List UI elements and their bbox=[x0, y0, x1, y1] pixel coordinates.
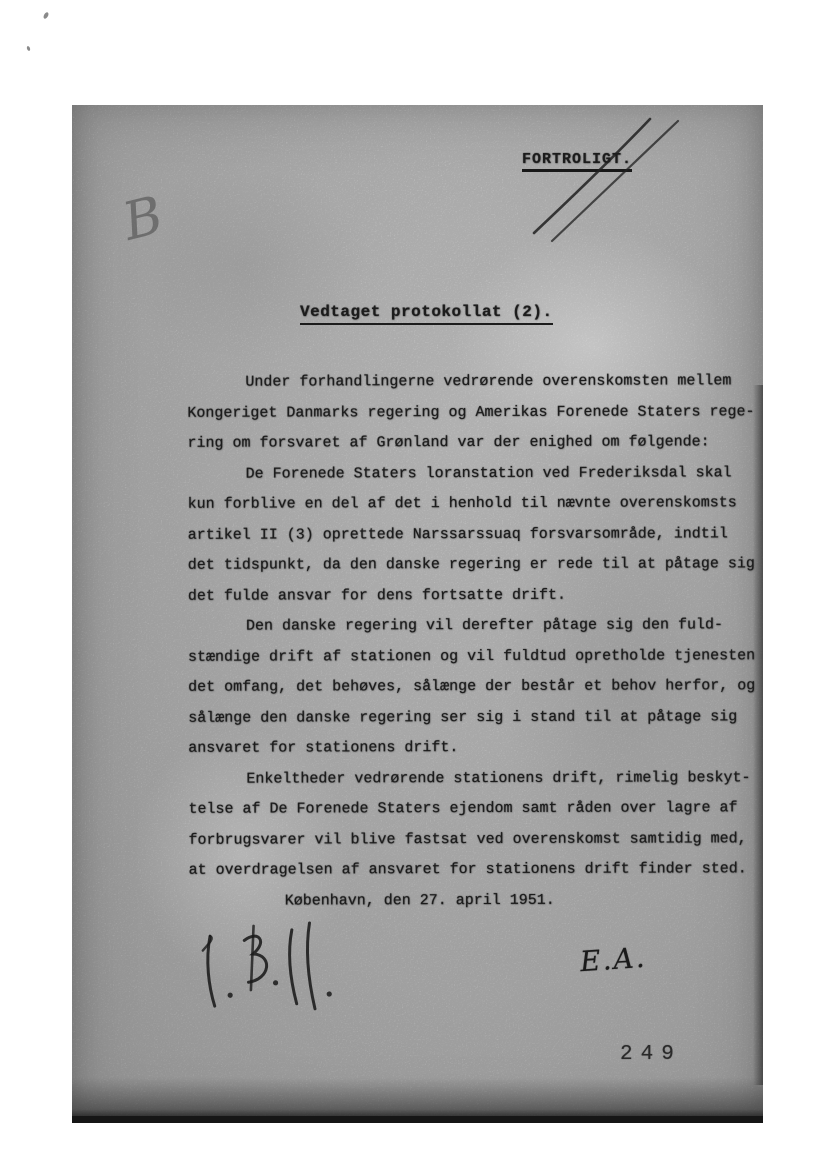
body-line: Enkeltheder vedrørende stationens drift,… bbox=[188, 763, 763, 795]
body-line: telse af De Forenede Staters ejendom sam… bbox=[188, 793, 763, 825]
body-line: artikel II (3) oprettede Narssarssuaq fo… bbox=[188, 519, 763, 551]
signature-left-handwriting bbox=[179, 912, 365, 1031]
body-line: ring om forsvaret af Grønland var der en… bbox=[187, 427, 763, 459]
body-line: at overdragelsen af ansvaret for station… bbox=[189, 854, 763, 886]
scan-speck bbox=[26, 46, 31, 52]
scan-bottom-edge bbox=[72, 1116, 763, 1123]
body-line: det tidspunkt, da den danske regering er… bbox=[188, 549, 763, 581]
document-page: FORTROLIGT. B Vedtaget protokollat (2). … bbox=[72, 105, 763, 1123]
classification-stamp: FORTROLIGT. bbox=[522, 151, 632, 172]
body-line: Kongeriget Danmarks regering og Amerikas… bbox=[187, 397, 763, 429]
handwritten-margin-mark: B bbox=[117, 185, 169, 252]
body-line: det fulde ansvar for dens fortsatte drif… bbox=[188, 580, 763, 612]
body-line: sålænge den danske regering ser sig i st… bbox=[188, 702, 763, 734]
page-number: 249 bbox=[620, 1043, 682, 1066]
body-line: det omfang, det behøves, sålænge der bes… bbox=[188, 671, 763, 703]
body-line: Den danske regering vil derefter påtage … bbox=[188, 610, 763, 642]
document-title: Vedtaget protokollat (2). bbox=[300, 303, 553, 325]
body-line: Under forhandlingerne vedrørende overens… bbox=[187, 366, 763, 398]
scan-right-edge-shadow bbox=[753, 385, 763, 1085]
scan-speck bbox=[43, 11, 50, 19]
body-line: ansvaret for stationens drift. bbox=[188, 732, 763, 764]
body-line: stændige drift af stationen og vil fuldt… bbox=[188, 641, 763, 673]
body-line: kun forblive en del af det i henhold til… bbox=[188, 488, 763, 520]
dateline: København, den 27. april 1951. bbox=[189, 885, 763, 917]
pen-strikethrough-marks bbox=[482, 105, 722, 261]
document-body: Under forhandlingerne vedrørende overens… bbox=[187, 366, 763, 917]
body-line: De Forenede Staters loranstation ved Fre… bbox=[188, 458, 763, 490]
body-line: forbrugsvarer vil blive fastsat ved over… bbox=[188, 824, 763, 856]
signature-right: E.A. bbox=[579, 941, 648, 979]
